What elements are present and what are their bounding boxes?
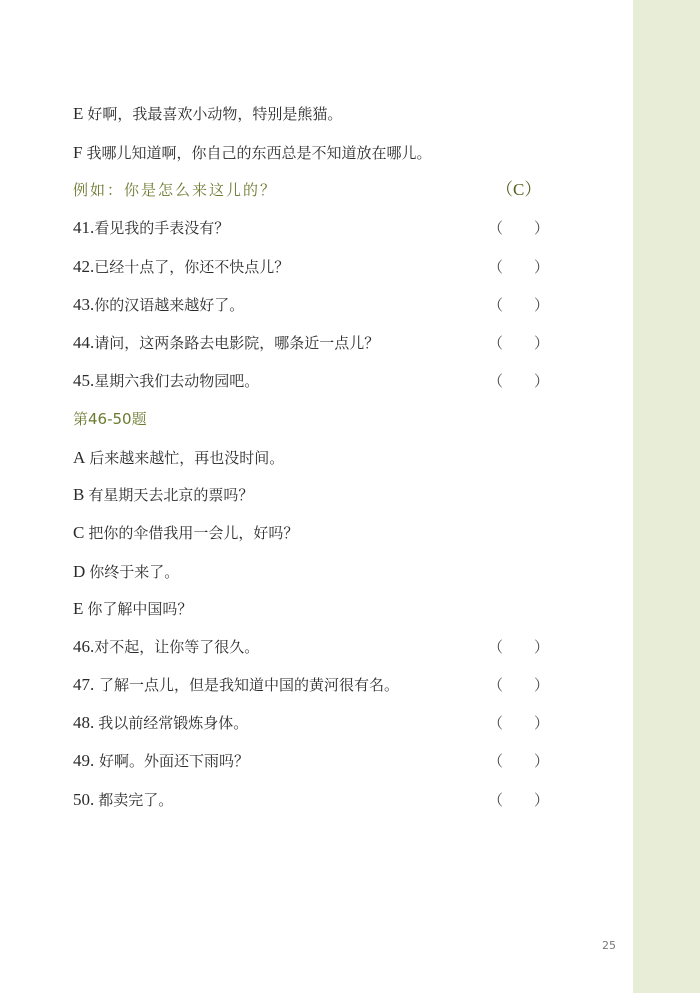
question-49: 49. 好啊。外面还下雨吗？ [73, 749, 249, 773]
question-number: 49. [73, 751, 94, 770]
option-b-46-50: B有星期天去北京的票吗？ [73, 483, 253, 507]
question-45: 45.星期六我们去动物园吧。 [73, 369, 259, 393]
question-text: 已经十点了，你还不快点儿？ [94, 258, 289, 276]
question-number: 46. [73, 637, 94, 656]
option-c-46-50: C把你的伞借我用一会儿，好吗？ [73, 521, 298, 545]
page-number: 25 [602, 939, 616, 952]
textbook-page: E好啊，我最喜欢小动物，特别是熊猫。 F我哪儿知道啊，你自己的东西总是不知道放在… [0, 0, 633, 993]
section-heading-46-50: 第46-50题 [73, 407, 147, 431]
question-number: 45. [73, 371, 94, 390]
question-44: 44.请问，这两条路去电影院，哪条近一点儿？ [73, 331, 379, 355]
question-number: 47. [73, 675, 94, 694]
question-number: 42. [73, 257, 94, 276]
option-label: E [73, 104, 83, 123]
question-46: 46.对不起，让你等了很久。 [73, 635, 259, 659]
question-text: 都卖完了。 [98, 791, 173, 809]
option-label: F [73, 143, 82, 162]
question-text: 了解一点儿，但是我知道中国的黄河很有名。 [94, 676, 399, 694]
question-48: 48.我以前经常锻炼身体。 [73, 711, 248, 735]
question-41: 41.看见我的手表没有？ [73, 216, 229, 240]
question-47: 47. 了解一点儿，但是我知道中国的黄河很有名。 [73, 673, 399, 697]
question-number: 44. [73, 333, 94, 352]
option-f-41-45: F我哪儿知道啊，你自己的东西总是不知道放在哪儿。 [73, 141, 431, 165]
option-text: 我哪儿知道啊，你自己的东西总是不知道放在哪儿。 [86, 144, 431, 162]
question-text: 你的汉语越来越好了。 [94, 296, 244, 314]
question-text: 对不起，让你等了很久。 [94, 638, 259, 656]
question-text: 星期六我们去动物园吧。 [94, 372, 259, 390]
option-d-46-50: D你终于来了。 [73, 560, 179, 584]
question-number: 48. [73, 713, 94, 732]
option-text: 后来越来越忙，再也没时间。 [89, 449, 284, 467]
option-text: 好啊，我最喜欢小动物，特别是熊猫。 [87, 105, 342, 123]
option-label: E [73, 599, 83, 618]
question-text: 好啊。外面还下雨吗？ [94, 752, 249, 770]
option-text: 把你的伞借我用一会儿，好吗？ [88, 524, 298, 542]
question-text: 看见我的手表没有？ [94, 219, 229, 237]
option-text: 你了解中国吗？ [87, 600, 192, 618]
page-margin-band [633, 0, 700, 993]
option-a-46-50: A后来越来越忙，再也没时间。 [73, 446, 284, 470]
question-number: 43. [73, 295, 94, 314]
option-label: A [73, 448, 85, 467]
question-43: 43.你的汉语越来越好了。 [73, 293, 244, 317]
option-e-41-45: E好啊，我最喜欢小动物，特别是熊猫。 [73, 102, 342, 126]
option-e-46-50: E你了解中国吗？ [73, 597, 192, 621]
question-text: 请问，这两条路去电影院，哪条近一点儿？ [94, 334, 379, 352]
question-number: 41. [73, 218, 94, 237]
question-50: 50.都卖完了。 [73, 788, 173, 812]
question-text: 我以前经常锻炼身体。 [98, 714, 248, 732]
option-text: 有星期天去北京的票吗？ [88, 486, 253, 504]
example-answer: （C） [496, 178, 541, 202]
question-42: 42.已经十点了，你还不快点儿？ [73, 255, 289, 279]
option-text: 你终于来了。 [89, 563, 179, 581]
example-question: 例如：你是怎么来这儿的？ [73, 178, 277, 202]
option-label: D [73, 562, 85, 581]
question-number: 50. [73, 790, 94, 809]
option-label: C [73, 523, 84, 542]
option-label: B [73, 485, 84, 504]
